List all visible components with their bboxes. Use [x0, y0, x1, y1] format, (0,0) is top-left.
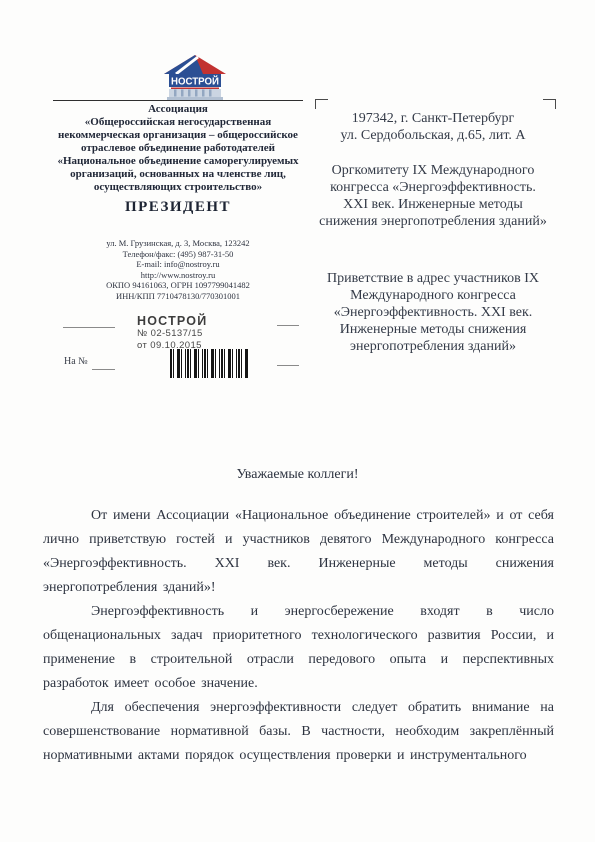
- reference-date-line: [277, 365, 299, 366]
- recipient-addressee-line: XXI век. Инженерные методы: [318, 196, 548, 213]
- letter-subject-line: «Энергоэффективность. XXI век.: [318, 304, 548, 321]
- body-paragraph: От имени Ассоциации «Национальное объеди…: [43, 504, 554, 600]
- recipient-address-line: 197342, г. Санкт-Петербург: [318, 110, 548, 127]
- contact-line: ОКПО 94161063, ОГРН 1097799041482: [40, 280, 316, 291]
- recipient-address-line: ул. Сердобольская, д.65, лит. А: [318, 127, 548, 144]
- recipient-addressee: Оргкомитету IX Международного конгресса …: [318, 162, 548, 230]
- recipient-addressee-line: Оргкомитету IX Международного: [318, 162, 548, 179]
- stamp-org: НОСТРОЙ: [137, 314, 207, 328]
- contact-line: Телефон/факс: (495) 987-31-50: [40, 249, 316, 260]
- body-paragraph: Энергоэффективность и энергосбережение в…: [43, 600, 554, 696]
- registration-stamp: НОСТРОЙ № 02-5137/15 от 09.10.2015: [137, 314, 207, 352]
- recipient-address: 197342, г. Санкт-Петербург ул. Сердоболь…: [318, 110, 548, 144]
- association-line: некоммерческая организация – общероссийс…: [40, 129, 316, 142]
- letter-subject-line: энергопотребления зданий»: [318, 338, 548, 355]
- reference-number-line: [92, 369, 115, 370]
- address-corner-right-icon: [543, 99, 556, 109]
- recipient-addressee-line: снижения энергопотребления зданий»: [318, 213, 548, 230]
- barcode: [170, 349, 248, 378]
- contact-line: E-mail: info@nostroy.ru: [40, 259, 316, 270]
- stamp-number: № 02-5137/15: [137, 328, 207, 340]
- contacts-block: ул. М. Грузинская, д. 3, Москва, 123242 …: [40, 238, 316, 301]
- number-field-line: [63, 327, 115, 328]
- body-paragraph: Для обеспечения энергоэффективности след…: [43, 696, 554, 768]
- logo-text: НОСТРОЙ: [171, 75, 219, 88]
- letter-subject-line: Инженерные методы снижения: [318, 321, 548, 338]
- nostroy-logo-icon: НОСТРОЙ: [163, 54, 227, 102]
- letter-body: От имени Ассоциации «Национальное объеди…: [43, 504, 554, 768]
- contact-line: ул. М. Грузинская, д. 3, Москва, 123242: [40, 238, 316, 249]
- letterhead-divider: [53, 100, 303, 101]
- reference-number-label: На №: [64, 356, 88, 367]
- association-line: Ассоциация: [40, 103, 316, 116]
- letter-subject-line: Международного конгресса: [318, 287, 548, 304]
- date-field-line: [277, 325, 299, 326]
- association-name: Ассоциация «Общероссийская негосударстве…: [40, 103, 316, 194]
- association-line: организаций, основанных на членстве лиц,: [40, 168, 316, 181]
- nostroy-logo: НОСТРОЙ: [163, 54, 227, 102]
- salutation: Уважаемые коллеги!: [0, 467, 595, 483]
- recipient-addressee-line: конгресса «Энергоэффективность.: [318, 179, 548, 196]
- association-line: осуществляющих строительство»: [40, 181, 316, 194]
- letter-subject: Приветствие в адрес участников IX Междун…: [318, 270, 548, 355]
- association-line: «Национальное объединение саморегулируем…: [40, 155, 316, 168]
- contact-line: ИНН/КПП 7710478130/770301001: [40, 291, 316, 302]
- association-line: «Общероссийская негосударственная: [40, 116, 316, 129]
- association-line: отраслевое объединение работодателей: [40, 142, 316, 155]
- contact-line: http://www.nostroy.ru: [40, 270, 316, 281]
- president-title: ПРЕЗИДЕНТ: [40, 199, 316, 216]
- letter-subject-line: Приветствие в адрес участников IX: [318, 270, 548, 287]
- letter-page: НОСТРОЙ Ассоциация «Общероссийская негос…: [0, 0, 595, 842]
- address-corner-left-icon: [315, 99, 328, 109]
